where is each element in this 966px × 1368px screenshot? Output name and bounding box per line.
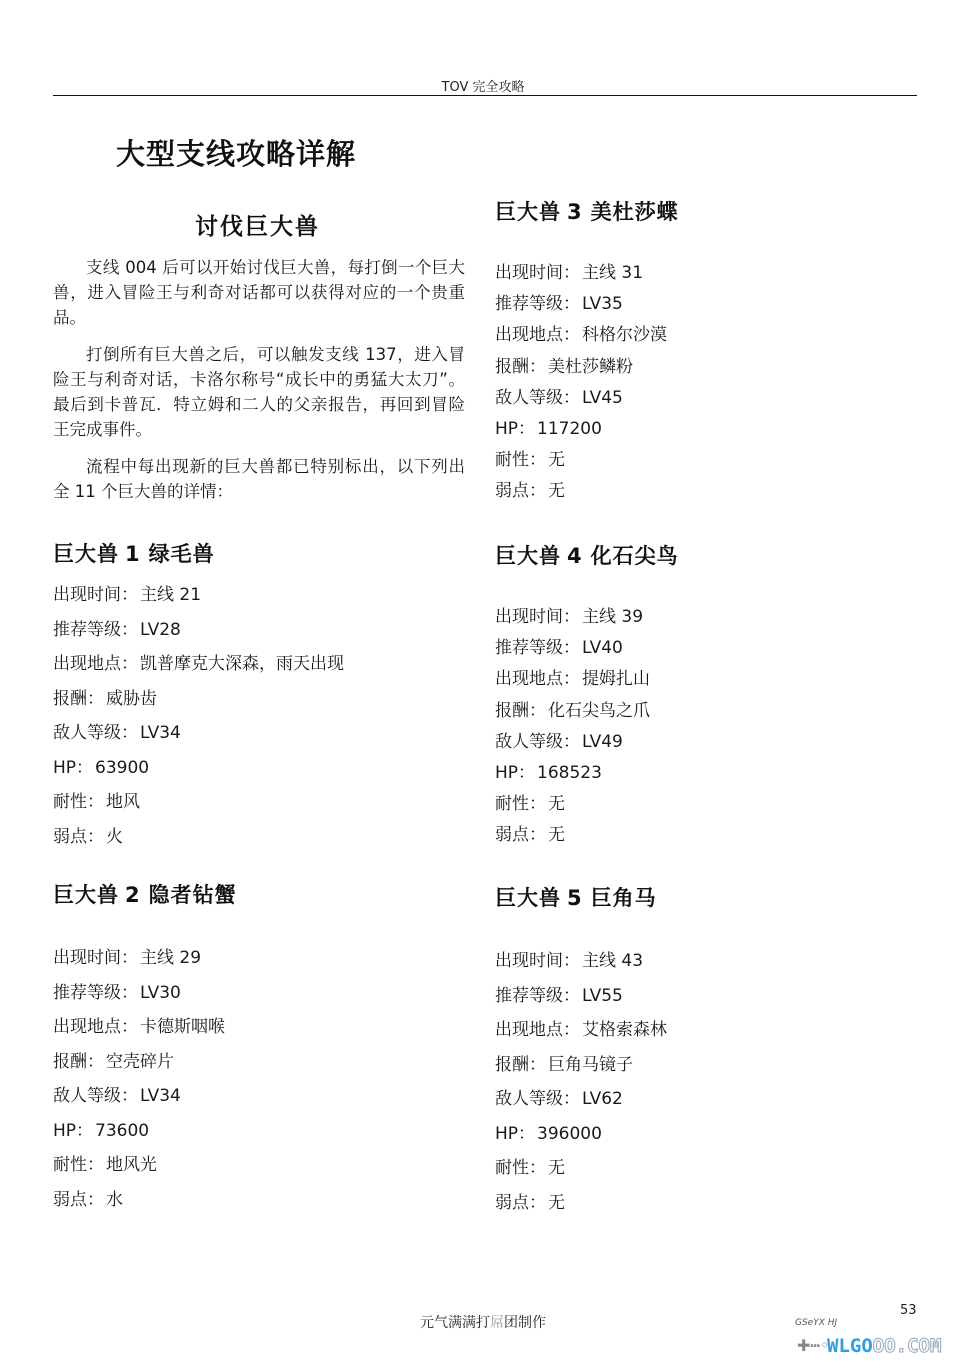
stat-value: 提姆扎山	[582, 669, 650, 689]
stat-row-rec-level: 推荐等级：LV55	[495, 979, 915, 1014]
stat-separator: ：	[121, 983, 138, 1003]
stat-row-resist: 耐性：无	[495, 445, 915, 476]
stat-label: HP	[53, 758, 76, 778]
stat-value: 化石尖鸟之爪	[548, 701, 650, 721]
stat-row-rec-level: 推荐等级：LV30	[53, 976, 473, 1011]
page-title: 大型支线攻略详解	[116, 132, 356, 173]
intro-paragraph: 支线 004 后可以开始讨伐巨大兽，每打倒一个巨大兽，进入冒险王与利奇对话都可以…	[53, 255, 465, 330]
stat-value: 美杜莎鳞粉	[548, 357, 633, 377]
stat-separator: ：	[529, 481, 546, 501]
stat-row-hp: HP：73600	[53, 1114, 473, 1149]
stat-value: 无	[548, 1158, 565, 1178]
stat-row-hp: HP：396000	[495, 1117, 915, 1152]
stat-separator: ：	[87, 1052, 104, 1072]
stat-value: 无	[548, 450, 565, 470]
stat-row-location: 出现地点：卡德斯咽喉	[53, 1010, 473, 1045]
stat-label: 报酬	[53, 689, 87, 709]
stat-label: 耐性	[53, 792, 87, 812]
beast-title: 巨大兽1绿毛兽	[53, 538, 473, 572]
stat-separator: ：	[529, 1193, 546, 1213]
stat-value: 主线 31	[582, 263, 643, 283]
stat-separator: ：	[87, 792, 104, 812]
stat-label: 出现时间	[495, 607, 563, 627]
beast-title: 巨大兽3美杜莎蝶	[495, 196, 915, 230]
stat-row-weak: 弱点：火	[53, 820, 473, 855]
stat-row-reward: 报酬：威胁齿	[53, 682, 473, 717]
stat-value: 空壳碎片	[106, 1052, 174, 1072]
stat-row-appear-time: 出现时间：主线 29	[53, 941, 473, 976]
stat-label: HP	[495, 763, 518, 783]
stat-value: 主线 43	[582, 951, 643, 971]
stat-row-location: 出现地点：凯普摩克大深森，雨天出现	[53, 647, 473, 682]
stat-value: 63900	[95, 758, 149, 778]
footer-credit-part: 团制作	[504, 1315, 546, 1331]
watermark-brand: WLGOOO.COM	[827, 1335, 941, 1357]
beast-number: 5	[567, 886, 583, 910]
stat-value: LV34	[140, 723, 181, 743]
beast-title-prefix: 巨大兽	[495, 886, 561, 910]
stat-label: 敌人等级	[495, 1089, 563, 1109]
stat-value: 水	[106, 1190, 123, 1210]
beast-name: 隐者钻蟹	[149, 883, 237, 907]
stat-label: 敌人等级	[495, 388, 563, 408]
beast-entry-2: 巨大兽2隐者钻蟹出现时间：主线 29推荐等级：LV30出现地点：卡德斯咽喉报酬：…	[53, 879, 473, 1217]
beast-title-prefix: 巨大兽	[53, 542, 119, 566]
stat-separator: ：	[563, 986, 580, 1006]
stat-label: 出现时间	[495, 263, 563, 283]
stat-row-appear-time: 出现时间：主线 39	[495, 602, 915, 633]
stat-separator: ：	[121, 585, 138, 605]
page-header-title: TOV 完全攻略	[0, 76, 966, 95]
stat-label: 出现时间	[53, 948, 121, 968]
stat-separator: ：	[121, 1086, 138, 1106]
stat-separator: ：	[563, 294, 580, 314]
stat-value: LV49	[582, 732, 623, 752]
stat-separator: ：	[563, 732, 580, 752]
stat-separator: ：	[76, 758, 93, 778]
stat-row-appear-time: 出现时间：主线 21	[53, 578, 473, 613]
beast-name: 绿毛兽	[149, 542, 215, 566]
stat-row-reward: 报酬：化石尖鸟之爪	[495, 696, 915, 727]
intro-text: 支线 004 后可以开始讨伐巨大兽，每打倒一个巨大兽，进入冒险王与利奇对话都可以…	[53, 255, 465, 516]
stat-value: 地风光	[106, 1155, 157, 1175]
stat-value: 117200	[537, 419, 602, 439]
stat-row-reward: 报酬：巨角马镜子	[495, 1048, 915, 1083]
stat-row-weak: 弱点：无	[495, 820, 915, 851]
stat-separator: ：	[76, 1121, 93, 1141]
stat-value: LV35	[582, 294, 623, 314]
header-divider	[53, 95, 917, 96]
stat-label: HP	[53, 1121, 76, 1141]
stat-value: LV45	[582, 388, 623, 408]
stat-separator: ：	[529, 701, 546, 721]
stat-row-hp: HP：117200	[495, 414, 915, 445]
stat-row-enemy-level: 敌人等级：LV34	[53, 716, 473, 751]
stat-separator: ：	[87, 1190, 104, 1210]
footer-credit-faded-char: 屌	[490, 1315, 504, 1331]
stat-value: 主线 21	[140, 585, 201, 605]
stat-separator: ：	[563, 669, 580, 689]
stat-separator: ：	[121, 723, 138, 743]
stat-row-reward: 报酬：空壳碎片	[53, 1045, 473, 1080]
stat-separator: ：	[529, 825, 546, 845]
stat-row-weak: 弱点：无	[495, 476, 915, 507]
stat-value: LV34	[140, 1086, 181, 1106]
stat-separator: ：	[563, 263, 580, 283]
stat-row-enemy-level: 敌人等级：LV62	[495, 1082, 915, 1117]
beast-entry-4: 巨大兽4化石尖鸟出现时间：主线 39推荐等级：LV40出现地点：提姆扎山报酬：化…	[495, 540, 915, 852]
stat-label: 推荐等级	[53, 983, 121, 1003]
stat-value: 无	[548, 794, 565, 814]
stat-value: 艾格索森林	[582, 1020, 667, 1040]
intro-paragraph: 打倒所有巨大兽之后，可以触发支线 137，进入冒险王与利奇对话，卡洛尔称号“成长…	[53, 342, 465, 442]
stat-value: 火	[106, 827, 123, 847]
stat-label: 出现地点	[53, 1017, 121, 1037]
stat-label: 推荐等级	[495, 986, 563, 1006]
stat-label: 弱点	[53, 827, 87, 847]
stat-label: 出现地点	[53, 654, 121, 674]
stat-row-resist: 耐性：地风	[53, 785, 473, 820]
stat-label: 报酬	[495, 701, 529, 721]
section-title: 讨伐巨大兽	[0, 208, 515, 241]
stat-label: 敌人等级	[53, 723, 121, 743]
stat-value: 主线 39	[582, 607, 643, 627]
stat-label: 耐性	[495, 450, 529, 470]
stat-label: 出现地点	[495, 325, 563, 345]
beast-title: 巨大兽2隐者钻蟹	[53, 879, 473, 913]
stat-row-resist: 耐性：无	[495, 1151, 915, 1186]
stat-value: 凯普摩克大深森，雨天出现	[140, 654, 344, 674]
stat-row-appear-time: 出现时间：主线 31	[495, 258, 915, 289]
stat-separator: ：	[121, 654, 138, 674]
stat-row-enemy-level: 敌人等级：LV45	[495, 383, 915, 414]
stat-row-rec-level: 推荐等级：LV28	[53, 613, 473, 648]
beast-title-prefix: 巨大兽	[495, 544, 561, 568]
beast-number: 2	[125, 883, 141, 907]
stat-row-resist: 耐性：地风光	[53, 1148, 473, 1183]
page-number: 53	[900, 1303, 917, 1318]
stat-value: 威胁齿	[106, 689, 157, 709]
stat-label: 耐性	[495, 1158, 529, 1178]
stat-label: 报酬	[53, 1052, 87, 1072]
stat-separator: ：	[563, 1020, 580, 1040]
stat-separator: ：	[529, 1158, 546, 1178]
stat-separator: ：	[518, 419, 535, 439]
stat-separator: ：	[518, 763, 535, 783]
stat-value: 主线 29	[140, 948, 201, 968]
stat-row-location: 出现地点：艾格索森林	[495, 1013, 915, 1048]
stat-row-location: 出现地点：提姆扎山	[495, 664, 915, 695]
stat-separator: ：	[529, 1055, 546, 1075]
beast-title-prefix: 巨大兽	[495, 200, 561, 224]
stat-row-appear-time: 出现时间：主线 43	[495, 944, 915, 979]
stat-row-hp: HP：63900	[53, 751, 473, 786]
beast-title-prefix: 巨大兽	[53, 883, 119, 907]
stat-label: 敌人等级	[495, 732, 563, 752]
stat-separator: ：	[121, 620, 138, 640]
stat-label: 推荐等级	[495, 638, 563, 658]
stat-value: 396000	[537, 1124, 602, 1144]
stat-value: LV62	[582, 1089, 623, 1109]
stat-label: 出现时间	[495, 951, 563, 971]
stat-row-rec-level: 推荐等级：LV40	[495, 633, 915, 664]
stat-row-weak: 弱点：水	[53, 1183, 473, 1218]
stat-separator: ：	[563, 607, 580, 627]
stat-label: 报酬	[495, 357, 529, 377]
stat-separator: ：	[87, 827, 104, 847]
stat-row-weak: 弱点：无	[495, 1186, 915, 1221]
stat-separator: ：	[563, 388, 580, 408]
stat-label: 出现时间	[53, 585, 121, 605]
stat-label: 耐性	[53, 1155, 87, 1175]
stat-label: 弱点	[495, 481, 529, 501]
stat-label: 弱点	[495, 825, 529, 845]
stat-separator: ：	[529, 794, 546, 814]
stat-separator: ：	[87, 1155, 104, 1175]
stat-label: 出现地点	[495, 669, 563, 689]
stat-row-resist: 耐性：无	[495, 789, 915, 820]
stat-label: HP	[495, 419, 518, 439]
watermark-scribble: GSeYX HJ	[795, 1318, 837, 1328]
stat-row-reward: 报酬：美杜莎鳞粉	[495, 352, 915, 383]
stat-row-hp: HP：168523	[495, 758, 915, 789]
stat-value: LV40	[582, 638, 623, 658]
stat-separator: ：	[563, 325, 580, 345]
beast-entry-5: 巨大兽5巨角马出现时间：主线 43推荐等级：LV55出现地点：艾格索森林报酬：巨…	[495, 882, 915, 1220]
stat-separator: ：	[518, 1124, 535, 1144]
beast-entry-3: 巨大兽3美杜莎蝶出现时间：主线 31推荐等级：LV35出现地点：科格尔沙漠报酬：…	[495, 196, 915, 508]
stat-separator: ：	[563, 1089, 580, 1109]
watermark: GSeYX HJ ✚┅◦ WLGOOO.COM	[795, 1318, 966, 1368]
footer-credit-part: 元气满满打	[420, 1315, 490, 1331]
stat-value: 无	[548, 481, 565, 501]
stat-label: 耐性	[495, 794, 529, 814]
stat-value: 卡德斯咽喉	[140, 1017, 225, 1037]
beast-title: 巨大兽4化石尖鸟	[495, 540, 915, 574]
stat-separator: ：	[87, 689, 104, 709]
stat-separator: ：	[563, 638, 580, 658]
stat-value: 73600	[95, 1121, 149, 1141]
stat-separator: ：	[563, 951, 580, 971]
stat-label: 出现地点	[495, 1020, 563, 1040]
stat-row-enemy-level: 敌人等级：LV34	[53, 1079, 473, 1114]
stat-label: HP	[495, 1124, 518, 1144]
stat-label: 弱点	[495, 1193, 529, 1213]
stat-value: 科格尔沙漠	[582, 325, 667, 345]
stat-separator: ：	[529, 357, 546, 377]
gamepad-icon: ✚┅◦	[797, 1336, 829, 1355]
beast-title: 巨大兽5巨角马	[495, 882, 915, 916]
stat-value: LV55	[582, 986, 623, 1006]
stat-row-location: 出现地点：科格尔沙漠	[495, 320, 915, 351]
stat-value: 无	[548, 1193, 565, 1213]
beast-number: 3	[567, 200, 583, 224]
beast-name: 化石尖鸟	[591, 544, 679, 568]
stat-label: 敌人等级	[53, 1086, 121, 1106]
stat-value: LV28	[140, 620, 181, 640]
stat-row-enemy-level: 敌人等级：LV49	[495, 727, 915, 758]
beast-entry-1: 巨大兽1绿毛兽出现时间：主线 21推荐等级：LV28出现地点：凯普摩克大深森，雨…	[53, 538, 473, 854]
stat-row-rec-level: 推荐等级：LV35	[495, 289, 915, 320]
stat-value: 巨角马镜子	[548, 1055, 633, 1075]
stat-label: 弱点	[53, 1190, 87, 1210]
beast-name: 美杜莎蝶	[591, 200, 679, 224]
stat-separator: ：	[121, 1017, 138, 1037]
stat-label: 推荐等级	[53, 620, 121, 640]
intro-paragraph: 流程中每出现新的巨大兽都已特别标出，以下列出全 11 个巨大兽的详情：	[53, 454, 465, 504]
stat-separator: ：	[121, 948, 138, 968]
beast-name: 巨角马	[591, 886, 657, 910]
beast-number: 1	[125, 542, 141, 566]
stat-label: 报酬	[495, 1055, 529, 1075]
stat-value: 地风	[106, 792, 140, 812]
stat-label: 推荐等级	[495, 294, 563, 314]
stat-value: LV30	[140, 983, 181, 1003]
stat-separator: ：	[529, 450, 546, 470]
beast-number: 4	[567, 544, 583, 568]
stat-value: 无	[548, 825, 565, 845]
stat-value: 168523	[537, 763, 602, 783]
